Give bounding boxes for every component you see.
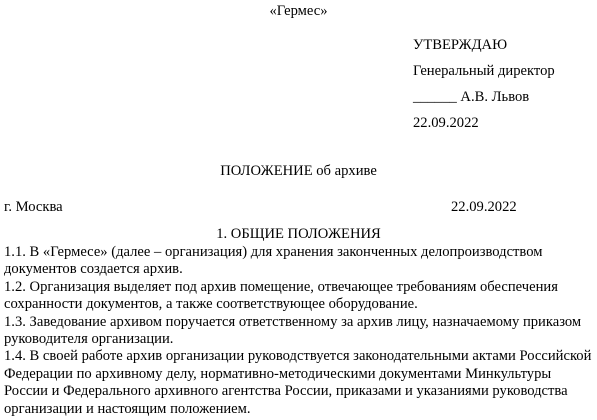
paragraph-1-4: 1.4. В своей работе архив организации ру…	[4, 348, 596, 418]
section-heading: 1. ОБЩИЕ ПОЛОЖЕНИЯ	[0, 226, 597, 243]
document-date: 22.09.2022	[451, 199, 517, 216]
approval-position-title: Генеральный директор	[413, 58, 593, 84]
document-title: ПОЛОЖЕНИЕ об архиве	[0, 163, 597, 180]
approval-signature-line: ______ А.В. Львов	[413, 84, 593, 110]
document-city: г. Москва	[4, 199, 63, 216]
paragraph-1-1: 1.1. В «Гермесе» (далее – организация) д…	[4, 244, 596, 279]
approval-date: 22.09.2022	[413, 110, 593, 136]
approval-block: УТВЕРЖДАЮ Генеральный директор ______ А.…	[413, 32, 593, 136]
document-page: «Гермес» УТВЕРЖДАЮ Генеральный директор …	[0, 0, 597, 420]
paragraph-1-2: 1.2. Организация выделяет под архив поме…	[4, 279, 596, 314]
paragraph-1-3: 1.3. Заведование архивом поручается отве…	[4, 314, 596, 349]
company-name: «Гермес»	[0, 3, 597, 20]
document-body: 1.1. В «Гермесе» (далее – организация) д…	[4, 244, 596, 418]
approval-label: УТВЕРЖДАЮ	[413, 32, 593, 58]
